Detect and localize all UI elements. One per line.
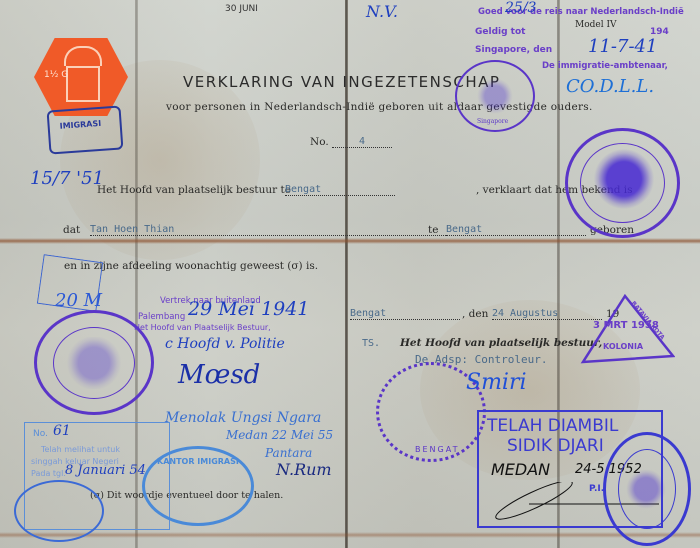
document-scan: 1½ G IMIGRASI 15/7 '51 30 JUNI N.V. VERK…	[0, 0, 700, 548]
signature: N.Rum	[276, 460, 332, 479]
crown-icon	[64, 46, 102, 66]
signature: Smiri	[466, 370, 527, 395]
left-hand-date: 15/7 '51	[30, 168, 104, 189]
triangle-stamp: 3 MRT 1958 KOLONIA BATAVIA KOTA	[575, 294, 675, 364]
te-label: te	[428, 224, 438, 236]
coat-of-arms-icon	[65, 337, 123, 389]
immigrasi-small-stamp: IMIGRASI	[47, 105, 124, 154]
fold-line	[0, 532, 700, 538]
signature: Mœsd	[178, 360, 260, 390]
immigratie-commissie-seal	[565, 128, 680, 238]
fold-line	[0, 238, 700, 244]
hand-menolak: Menolak Ungsi Ngara	[165, 410, 321, 426]
place-date-place: Bengat	[350, 308, 460, 320]
number-label: No.	[310, 136, 329, 148]
dat-label: dat	[63, 224, 80, 236]
blue-round-seal	[14, 480, 104, 542]
singapore-seal: Singapore	[455, 60, 535, 132]
place-date-den: , den	[462, 308, 488, 320]
hoofd-place: Bengat	[285, 184, 395, 196]
signatory-label: Het Hoofd van plaatselijk bestuur,	[400, 337, 602, 349]
number-value: 4	[332, 136, 392, 148]
kantor-imigrasi-oval: KANTOR IMIGRASI	[142, 446, 254, 526]
kantor-imigrasi-medan-seal	[603, 432, 691, 546]
palembang-seal	[34, 310, 154, 415]
lion-emblem-icon	[477, 78, 513, 114]
coat-of-arms-icon	[66, 66, 100, 102]
page-title: VERKLARING VAN INGEZETENSCHAP	[183, 73, 500, 91]
top-hand-note: N.V.	[366, 2, 398, 21]
top-stamp-fragment: 30 JUNI	[225, 4, 258, 14]
hoofd-line: Het Hoofd van plaatselijk bestuur te	[97, 184, 291, 196]
coat-of-arms-icon	[593, 149, 655, 209]
initials: TS.	[362, 338, 380, 349]
tax-stamp-value: 1½ G	[44, 70, 68, 80]
te-place: Bengat	[446, 224, 586, 236]
hexagon-stamp-fragment	[37, 254, 103, 312]
hand-medan: Medan 22 Mei 55	[226, 428, 333, 442]
hand-pantara: Pantara	[265, 446, 312, 460]
dat-name: Tan Hoen Thian	[90, 224, 460, 236]
garuda-emblem-icon	[626, 469, 666, 509]
